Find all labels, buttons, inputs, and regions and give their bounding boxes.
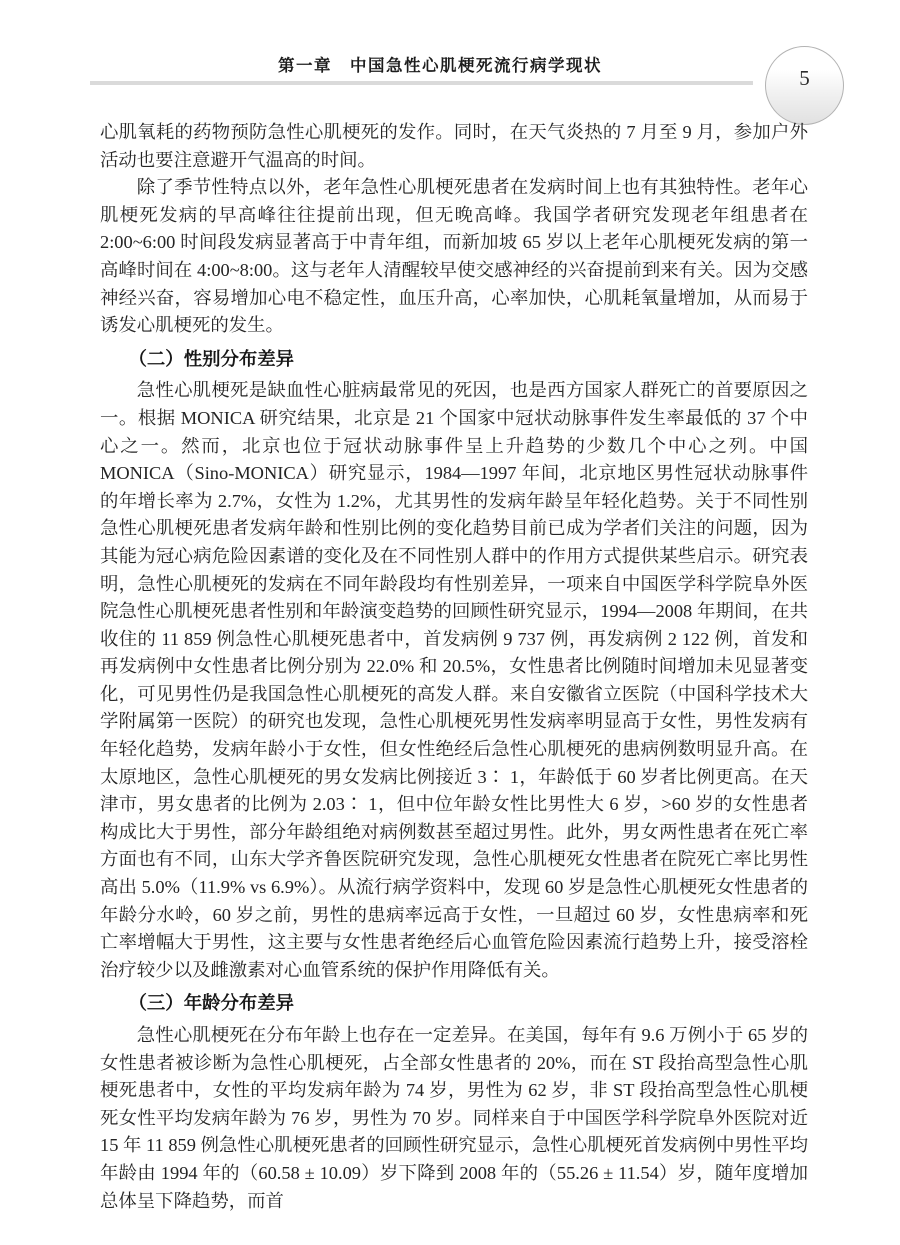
section-heading: （三）年龄分布差异 — [100, 989, 808, 1017]
book-page: 第一章中国急性心肌梗死流行病学现状 5 心肌氧耗的药物预防急性心肌梗死的发作。同… — [0, 0, 900, 1245]
paragraph: 急性心肌梗死在分布年龄上也存在一定差异。在美国，每年有 9.6 万例小于 65 … — [100, 1022, 808, 1215]
paragraph: 急性心肌梗死是缺血性心脏病最常见的死因，也是西方国家人群死亡的首要原因之一。根据… — [100, 377, 808, 984]
paragraph: 除了季节性特点以外，老年急性心肌梗死患者在发病时间上也有其独特性。老年心肌梗死发… — [100, 174, 808, 340]
chapter-title: 中国急性心肌梗死流行病学现状 — [350, 57, 602, 75]
page-number: 5 — [799, 68, 810, 89]
page-body: 心肌氧耗的药物预防急性心肌梗死的发作。同时，在天气炎热的 7 月至 9 月，参加… — [100, 119, 808, 1215]
running-header: 第一章中国急性心肌梗死流行病学现状 — [90, 52, 790, 76]
page-number-badge: 5 — [765, 46, 844, 125]
section-heading: （二）性别分布差异 — [100, 345, 808, 373]
header-divider — [90, 81, 753, 85]
chapter-label: 第一章 — [278, 57, 332, 75]
paragraph: 心肌氧耗的药物预防急性心肌梗死的发作。同时，在天气炎热的 7 月至 9 月，参加… — [100, 119, 808, 174]
